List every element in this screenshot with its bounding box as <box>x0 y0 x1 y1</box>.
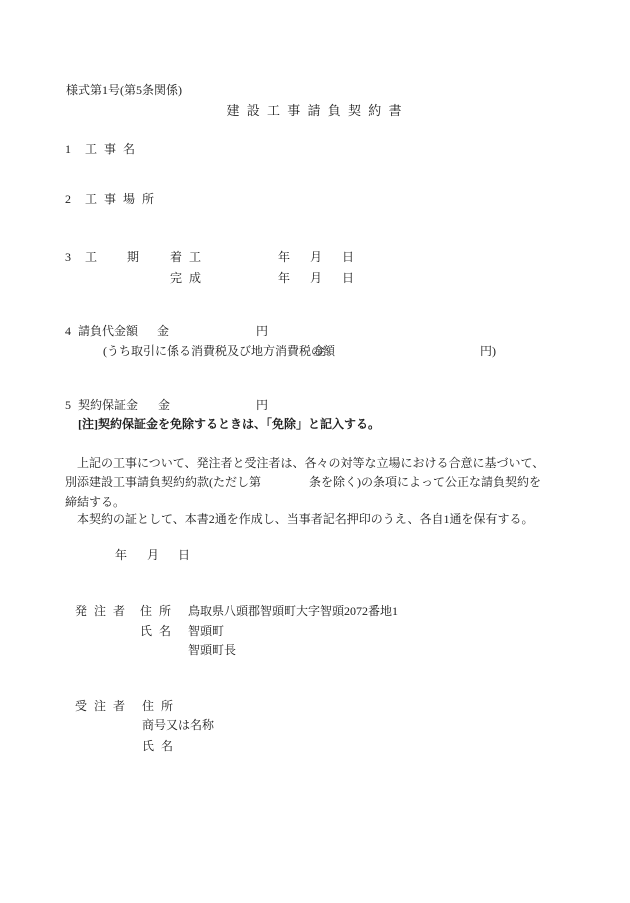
year-label: 年 <box>278 271 290 285</box>
contract-clause-line-1: 上記の工事について、発注者と受注者は、各々の対等な立場における合意に基づいて、 <box>65 456 544 472</box>
deposit-yen-label: 円 <box>256 398 268 412</box>
deposit-note: [注]契約保証金を免除するときは、「免除」と記入する。 <box>78 417 380 433</box>
amount-kin-label: 金 <box>157 324 169 338</box>
address-label: 住 所 <box>142 699 175 713</box>
day-label: 日 <box>342 250 354 264</box>
item-label: 工 期 <box>85 250 141 264</box>
document-title: 建 設 工 事 請 負 契 約 書 <box>0 104 630 120</box>
item-no: 4 <box>65 324 71 338</box>
orderer-row-name: 氏 名 智頭町 <box>0 624 630 640</box>
item-label: 請負代金額 <box>78 324 138 338</box>
orderer-title-value: 智頭町長 <box>188 643 236 657</box>
contract-clause-line-3: 締結する。 <box>65 495 125 511</box>
contract-amount-row: 4 請負代金額 金 円 <box>0 324 630 340</box>
name-label: 氏 名 <box>142 739 175 753</box>
contractor-role-label: 受 注 者 <box>75 699 127 713</box>
item-label: 工 事 場 所 <box>85 192 156 206</box>
address-label: 住 所 <box>140 604 173 618</box>
orderer-address-value: 鳥取県八頭郡智頭町大字智頭2072番地1 <box>188 604 398 618</box>
contractor-row-trade-name: 商号又は名称 <box>0 718 630 734</box>
amount-yen-label: 円 <box>256 324 268 338</box>
tax-kin-label: 金 <box>313 344 325 358</box>
contractor-row-name: 氏 名 <box>0 739 630 755</box>
name-label: 氏 名 <box>140 624 173 638</box>
month-label: 月 <box>147 548 159 562</box>
work-period-row-start: 3 工 期 着 工 年 月 日 <box>0 250 630 266</box>
item-no: 5 <box>65 398 71 412</box>
item-label: 契約保証金 <box>78 398 138 412</box>
tax-note-row: (うち取引に係る消費税及び地方消費税の額 金 円) <box>0 344 630 360</box>
contract-copies-line: 本契約の証として、本書2通を作成し、当事者記名押印のうえ、各自1通を保有する。 <box>65 512 533 528</box>
orderer-name-value: 智頭町 <box>188 624 224 638</box>
tax-note-label: (うち取引に係る消費税及び地方消費税の額 <box>103 344 335 358</box>
year-label: 年 <box>115 548 127 562</box>
item-no: 1 <box>65 142 71 156</box>
work-period-row-completion: 完 成 年 月 日 <box>0 271 630 287</box>
completion-label: 完 成 <box>170 271 203 285</box>
trade-name-label: 商号又は名称 <box>142 718 214 732</box>
work-site-row: 2 工 事 場 所 <box>0 192 630 208</box>
deposit-kin-label: 金 <box>158 398 170 412</box>
item-no: 2 <box>65 192 71 206</box>
item-no: 3 <box>65 250 71 264</box>
work-name-row: 1 工 事 名 <box>0 142 630 158</box>
month-label: 月 <box>310 250 322 264</box>
orderer-row-address: 発 注 者 住 所 鳥取県八頭郡智頭町大字智頭2072番地1 <box>0 604 630 620</box>
contractor-row-address: 受 注 者 住 所 <box>0 699 630 715</box>
start-label: 着 工 <box>170 250 203 264</box>
month-label: 月 <box>310 271 322 285</box>
date-line: 年 月 日 <box>0 548 630 564</box>
tax-yen-label: 円) <box>480 344 496 358</box>
day-label: 日 <box>178 548 190 562</box>
year-label: 年 <box>278 250 290 264</box>
day-label: 日 <box>342 271 354 285</box>
form-number: 様式第1号(第5条関係) <box>66 83 182 99</box>
orderer-role-label: 発 注 者 <box>75 604 127 618</box>
orderer-row-title: 智頭町長 <box>0 643 630 659</box>
contract-deposit-row: 5 契約保証金 金 円 <box>0 398 630 414</box>
contract-clause-line-2: 別添建設工事請負契約約款(ただし第 条を除く)の条項によって公正な請負契約を <box>65 475 541 491</box>
contract-form-page: 様式第1号(第5条関係) 建 設 工 事 請 負 契 約 書 1 工 事 名 2… <box>0 0 630 903</box>
item-label: 工 事 名 <box>85 142 137 156</box>
